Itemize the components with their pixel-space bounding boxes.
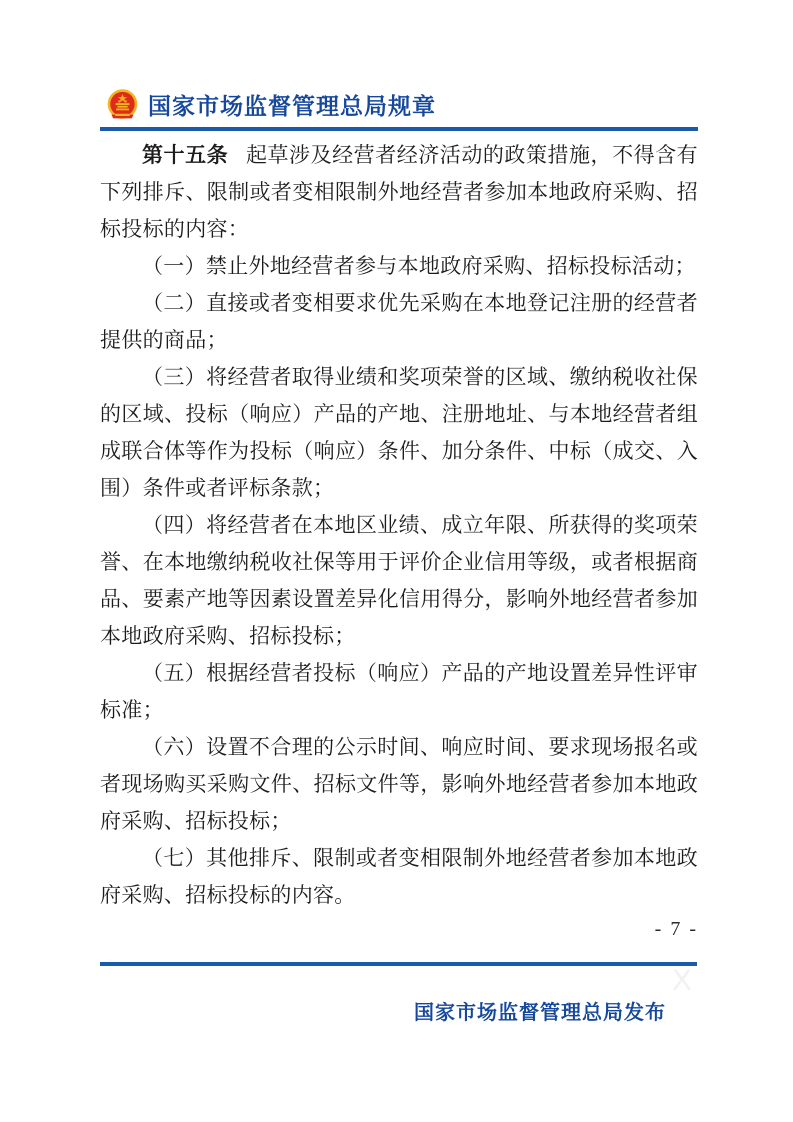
article-intro-paragraph: 第十五条起草涉及经营者经济活动的政策措施，不得含有下列排斥、限制或者变相限制外地… bbox=[100, 137, 698, 248]
article-item-4: （四）将经营者在本地区业绩、成立年限、所获得的奖项荣誉、在本地缴纳税收社保等用于… bbox=[100, 507, 698, 655]
page-number: - 7 - bbox=[100, 918, 698, 941]
document-page: 国家市场监督管理总局规章 第十五条起草涉及经营者经济活动的政策措施，不得含有下列… bbox=[0, 0, 793, 1122]
china-national-emblem-icon bbox=[104, 86, 141, 123]
publisher-footer: 国家市场监督管理总局发布 bbox=[100, 996, 698, 1025]
article-item-7: （七）其他排斥、限制或者变相限制外地经营者参加本地政府采购、招标投标的内容。 bbox=[100, 840, 698, 914]
document-header: 国家市场监督管理总局规章 bbox=[104, 86, 702, 123]
article-body: 第十五条起草涉及经营者经济活动的政策措施，不得含有下列排斥、限制或者变相限制外地… bbox=[100, 137, 698, 914]
article-item-1: （一）禁止外地经营者参与本地政府采购、招标投标活动； bbox=[100, 248, 698, 285]
article-item-2: （二）直接或者变相要求优先采购在本地登记注册的经营者提供的商品； bbox=[100, 285, 698, 359]
header-divider-line bbox=[100, 127, 698, 131]
watermark-x: X bbox=[672, 966, 692, 996]
article-number: 第十五条 bbox=[142, 143, 228, 167]
article-item-3: （三）将经营者取得业绩和奖项荣誉的区域、缴纳税收社保的区域、投标（响应）产品的产… bbox=[100, 359, 698, 507]
article-item-5: （五）根据经营者投标（响应）产品的产地设置差异性评审标准； bbox=[100, 655, 698, 729]
document-header-title: 国家市场监督管理总局规章 bbox=[148, 88, 436, 121]
footer-divider-line bbox=[100, 962, 697, 966]
article-item-6: （六）设置不合理的公示时间、响应时间、要求现场报名或者现场购买采购文件、招标文件… bbox=[100, 729, 698, 840]
